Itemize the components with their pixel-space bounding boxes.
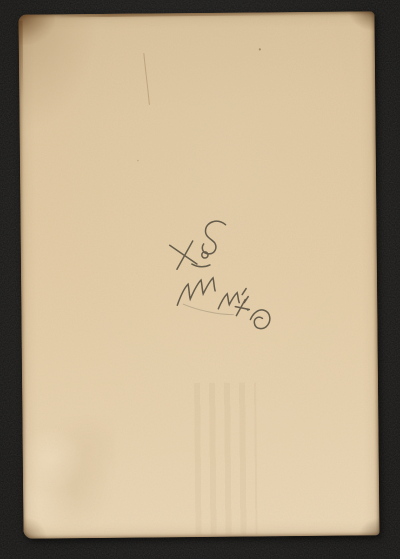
archival-scan bbox=[0, 0, 400, 559]
paper-grain-texture bbox=[18, 11, 379, 538]
photo-card-verso bbox=[18, 11, 379, 538]
